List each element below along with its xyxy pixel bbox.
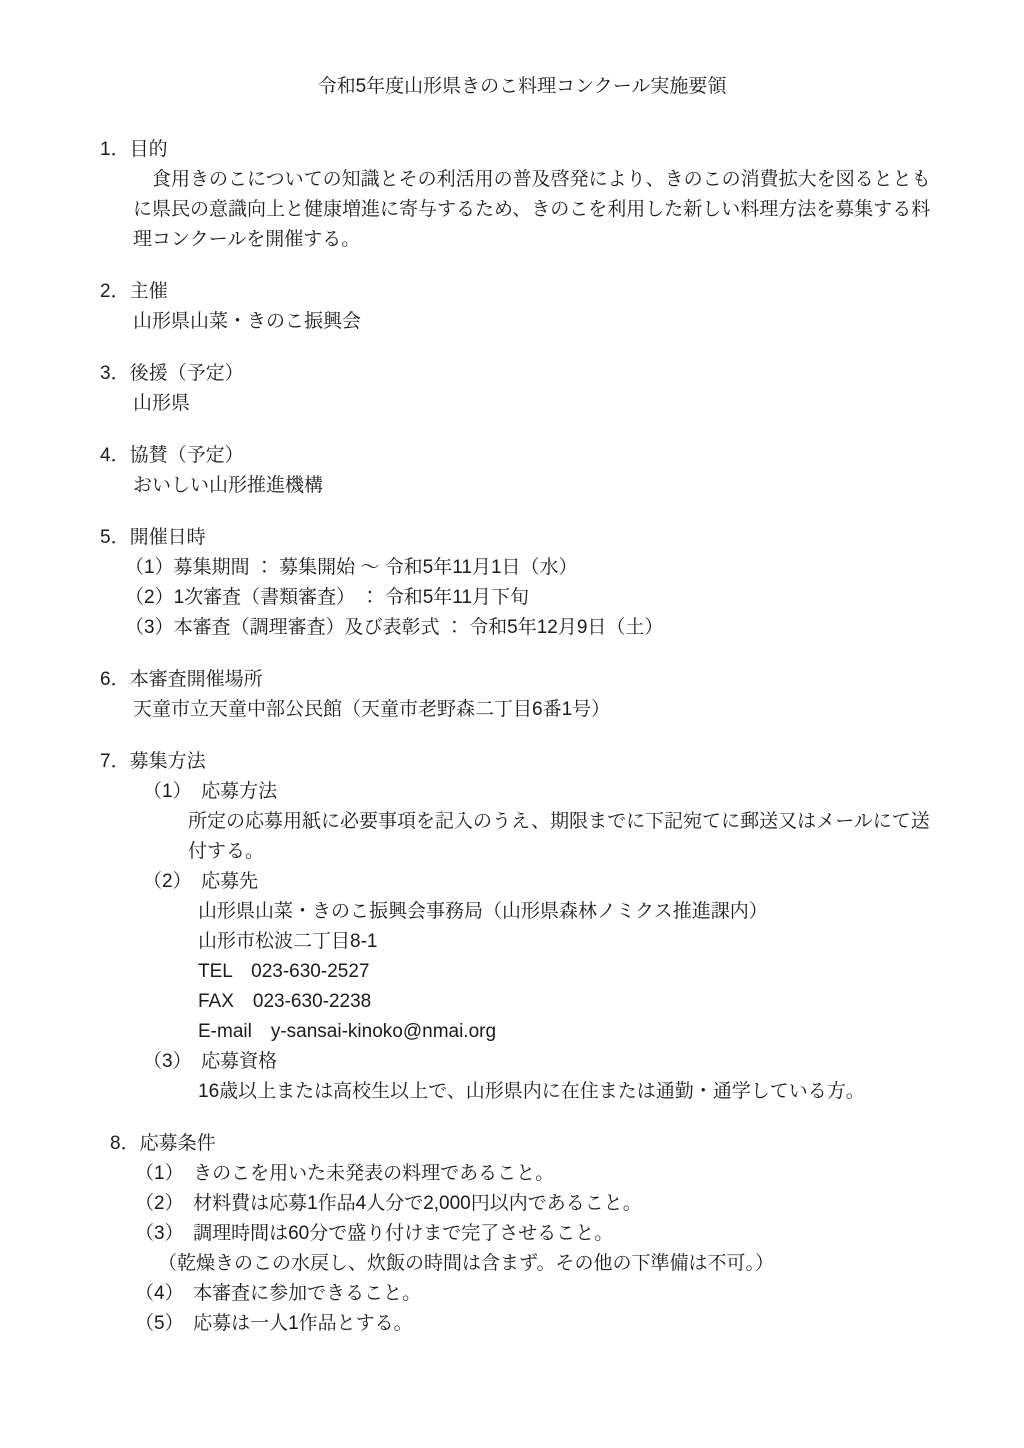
section-heading: 7．募集方法 xyxy=(100,747,944,777)
text-line: （1） 応募方法 xyxy=(100,777,944,807)
text-line: （2）1次審査（書類審査） ： 令和5年11月下旬 xyxy=(100,583,944,613)
section-purpose: 1．目的 食用きのこについての知識とその利活用の普及啓発により、きのこの消費拡大… xyxy=(100,135,944,255)
section-body: 山形県 xyxy=(100,389,944,419)
section-body: 食用きのこについての知識とその利活用の普及啓発により、きのこの消費拡大を図るとと… xyxy=(100,165,944,255)
section-sponsorship: 4．協賛（予定） おいしい山形推進機構 xyxy=(100,441,944,501)
text-line: 山形市松波二丁目8-1 xyxy=(100,927,944,957)
text-line: （2） 材料費は応募1作品4人分で2,000円以内であること。 xyxy=(100,1189,944,1219)
text-line: 所定の応募用紙に必要事項を記入のうえ、期限までに下記宛てに郵送又はメールにて送 xyxy=(100,807,944,837)
section-support: 3．後援（予定） 山形県 xyxy=(100,359,944,419)
section-heading: 6．本審査開催場所 xyxy=(100,665,944,695)
section-heading: 2．主催 xyxy=(100,277,944,307)
text-line: （3） 調理時間は60分で盛り付けまで完了させること。 xyxy=(100,1219,944,1249)
section-venue: 6．本審査開催場所 天童市立天童中部公民館（天童市老野森二丁目6番1号） xyxy=(100,665,944,725)
section-heading: 8．応募条件 xyxy=(100,1129,944,1159)
section-body: 山形県山菜・きのこ振興会 xyxy=(100,307,944,337)
text-line: （1）募集期間 ： 募集開始 ～ 令和5年11月1日（水） xyxy=(100,553,944,583)
section-organizer: 2．主催 山形県山菜・きのこ振興会 xyxy=(100,277,944,337)
section-body: おいしい山形推進機構 xyxy=(100,471,944,501)
text-line: （3） 応募資格 xyxy=(100,1047,944,1077)
section-schedule: 5．開催日時 （1）募集期間 ： 募集開始 ～ 令和5年11月1日（水）（2）1… xyxy=(100,523,944,643)
section-heading: 1．目的 xyxy=(100,135,944,165)
document-page: 令和5年度山形県きのこ料理コンクール実施要領 1．目的 食用きのこについての知識… xyxy=(0,0,1024,1448)
section-heading: 5．開催日時 xyxy=(100,523,944,553)
text-line: 天童市立天童中部公民館（天童市老野森二丁目6番1号） xyxy=(100,695,944,725)
section-body: （1） 応募方法所定の応募用紙に必要事項を記入のうえ、期限までに下記宛てに郵送又… xyxy=(100,777,944,1107)
section-body: 天童市立天童中部公民館（天童市老野森二丁目6番1号） xyxy=(100,695,944,725)
text-line: （4） 本審査に参加できること。 xyxy=(100,1279,944,1309)
text-line: に県民の意識向上と健康増進に寄与するため、きのこを利用した新しい料理方法を募集す… xyxy=(100,195,944,225)
section-entry-conditions: 8．応募条件 （1） きのこを用いた未発表の料理であること。（2） 材料費は応募… xyxy=(100,1129,944,1339)
text-line: おいしい山形推進機構 xyxy=(100,471,944,501)
section-body: （1）募集期間 ： 募集開始 ～ 令和5年11月1日（水）（2）1次審査（書類審… xyxy=(100,553,944,643)
text-line: 付する。 xyxy=(100,837,944,867)
text-line: （1） きのこを用いた未発表の料理であること。 xyxy=(100,1159,944,1189)
text-line: （乾燥きのこの水戻し、炊飯の時間は含まず。その他の下準備は不可。） xyxy=(100,1249,944,1279)
text-line: 16歳以上または高校生以上で、山形県内に在住または通勤・通学している方。 xyxy=(100,1077,944,1107)
text-line: （2） 応募先 xyxy=(100,867,944,897)
section-body: （1） きのこを用いた未発表の料理であること。（2） 材料費は応募1作品4人分で… xyxy=(100,1159,944,1339)
text-line: TEL 023-630-2527 xyxy=(100,957,944,987)
text-line: 食用きのこについての知識とその利活用の普及啓発により、きのこの消費拡大を図るとと… xyxy=(100,165,944,195)
text-line: FAX 023-630-2238 xyxy=(100,987,944,1017)
section-application-method: 7．募集方法 （1） 応募方法所定の応募用紙に必要事項を記入のうえ、期限までに下… xyxy=(100,747,944,1107)
text-line: 山形県 xyxy=(100,389,944,419)
text-line: （3）本審査（調理審査）及び表彰式 ： 令和5年12月9日（土） xyxy=(100,613,944,643)
document-title: 令和5年度山形県きのこ料理コンクール実施要領 xyxy=(100,72,944,102)
text-line: （5） 応募は一人1作品とする。 xyxy=(100,1309,944,1339)
text-line: 山形県山菜・きのこ振興会 xyxy=(100,307,944,337)
text-line: 理コンクールを開催する。 xyxy=(100,225,944,255)
section-heading: 3．後援（予定） xyxy=(100,359,944,389)
text-line: E-mail y-sansai-kinoko@nmai.org xyxy=(100,1017,944,1047)
section-heading: 4．協賛（予定） xyxy=(100,441,944,471)
text-line: 山形県山菜・きのこ振興会事務局（山形県森林ノミクス推進課内） xyxy=(100,897,944,927)
